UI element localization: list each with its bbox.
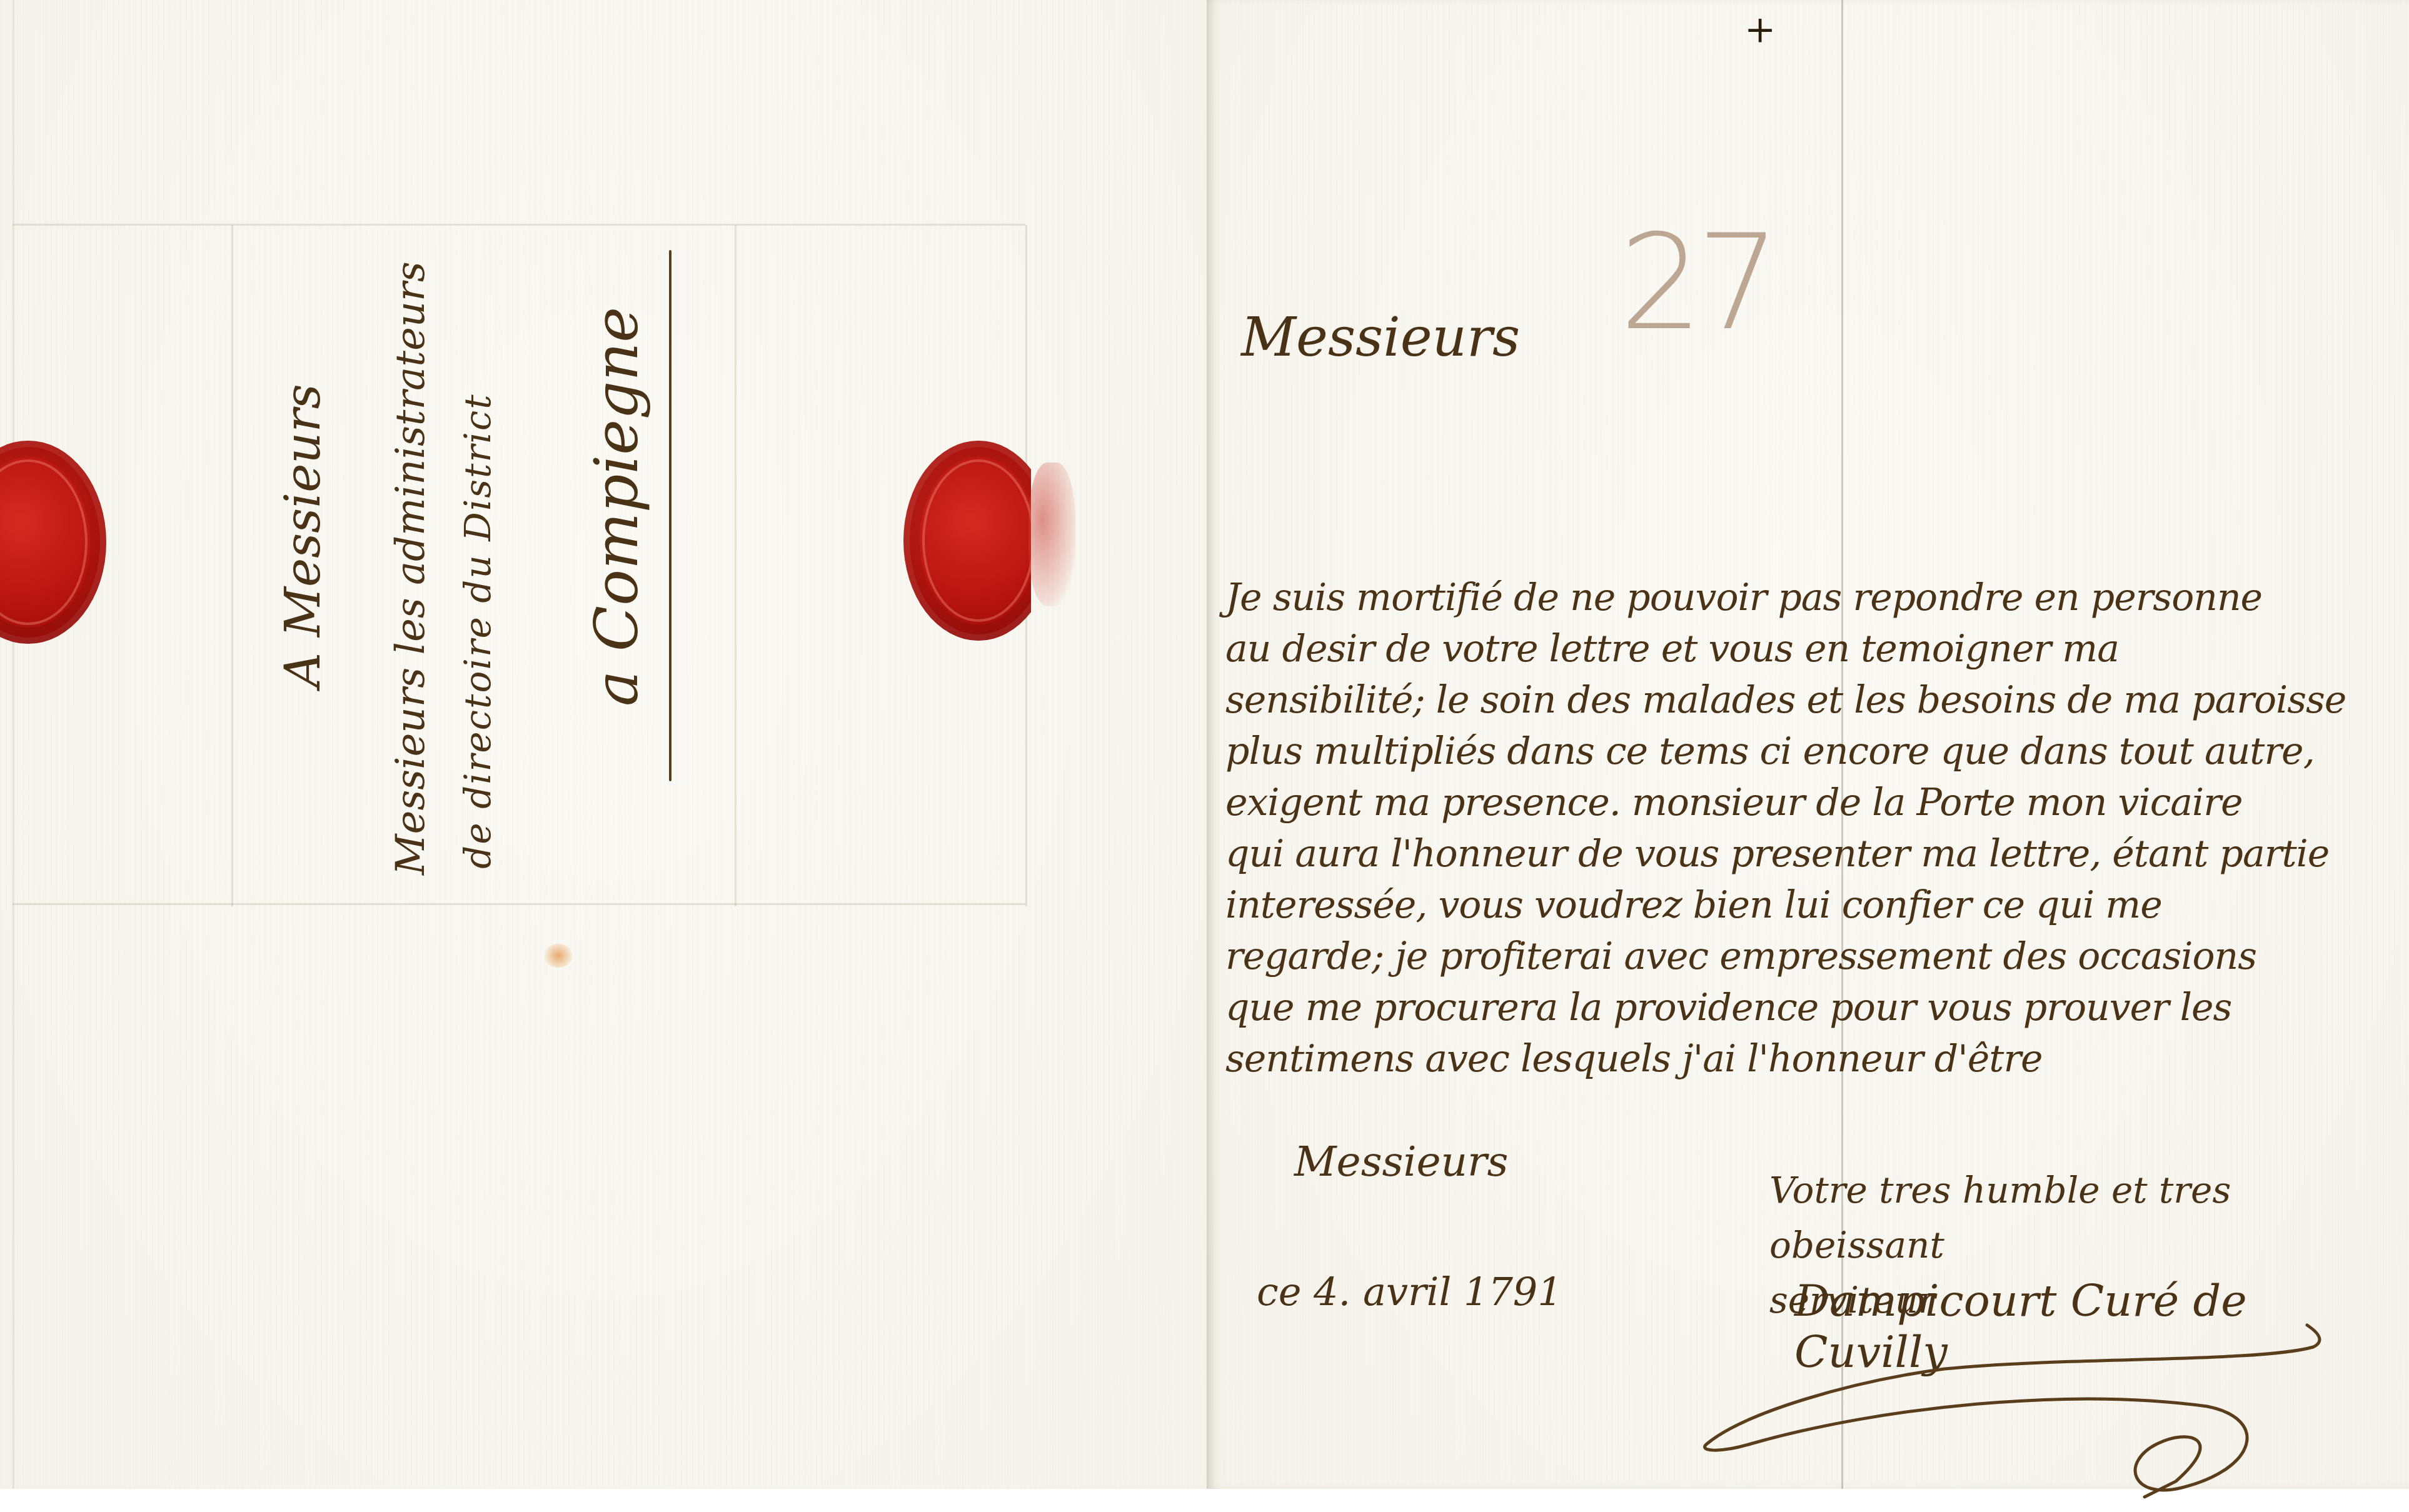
body-line: au desir de votre lettre et vous en temo… [1225,623,2401,674]
fold-line [231,225,233,906]
fold-line [13,903,1025,905]
fold-line [13,224,1025,226]
letter-body: Je suis mortifié de ne pouvoir pas repon… [1225,572,2401,1084]
pencil-archive-number: 27 [1619,206,1774,359]
wax-seal-left [0,441,106,644]
wax-residue [1028,463,1075,606]
body-line: sensibilité; le soin des malades et les … [1225,674,2401,726]
body-line: que me procurera la providence pour vous… [1225,982,2401,1033]
salutation: Messieurs [1241,306,1520,369]
fold-line [735,225,737,906]
body-line: regarde; je profiterai avec empressement… [1225,931,2401,982]
body-line: sentimens avec lesquels j'ai l'honneur d… [1225,1033,2401,1084]
address-underline [669,250,671,781]
body-line: Je suis mortifié de ne pouvoir pas repon… [1225,572,2401,623]
address-line-3: de directoire du District [456,394,499,869]
body-line: interessée, vous voudrez bien lui confie… [1225,879,2401,931]
closing-formula-line-1: Votre tres humble et tres obeissant [1769,1163,2409,1273]
cross-mark: + [1744,8,1776,51]
address-line-1: A Messieurs [275,384,331,688]
paper-stain [544,944,573,968]
body-line: exigent ma presence. monsieur de la Port… [1225,777,2401,828]
body-line: qui aura l'honneur de vous presenter ma … [1225,828,2401,879]
address-line-2: Messieurs les administrateurs [388,262,434,876]
body-line: plus multipliés dans ce tems ci encore q… [1225,726,2401,777]
signature-flourish [1694,1319,2382,1506]
closing-salutation: Messieurs [1294,1138,1508,1186]
letter-date: ce 4. avril 1791 [1257,1269,1562,1314]
fold-line [13,0,14,1489]
address-destination: a Compiegne [581,307,651,706]
left-panel: A Messieurs Messieurs les administrateur… [0,0,1207,1489]
